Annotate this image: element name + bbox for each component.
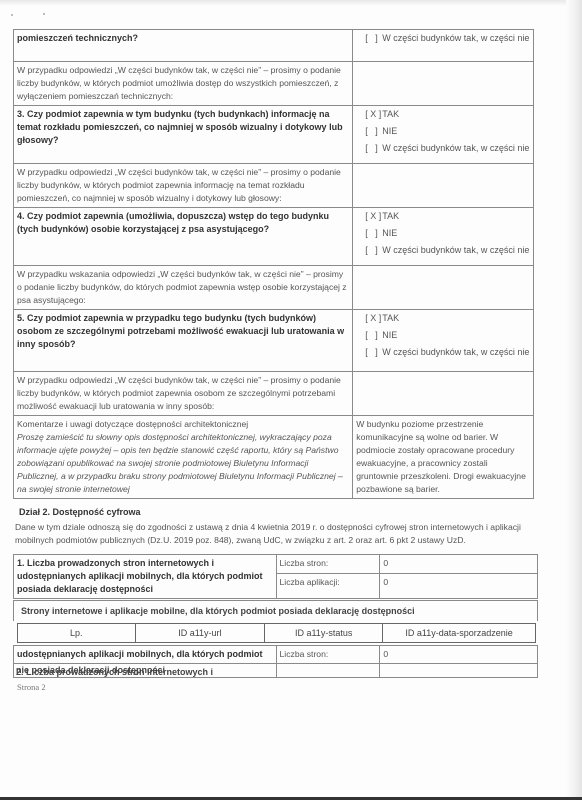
option-yes[interactable]: [ X ]TAK — [365, 210, 530, 223]
field-value[interactable]: 0 — [380, 646, 538, 664]
table-row: 4. Czy podmiot zapewnia (umożliwia, dopu… — [14, 208, 534, 266]
scan-edge — [0, 0, 582, 6]
answer-field[interactable] — [353, 266, 534, 310]
section-title: Dział 2. Dostępność cyfrowa — [19, 507, 141, 517]
scan-speck — [11, 14, 13, 16]
table-row: W przypadku odpowiedzi „W części budynkó… — [14, 164, 534, 208]
column-header: ID a11y-status — [265, 624, 383, 643]
declarations-table: Lp. ID a11y-url ID a11y-status ID a11y-d… — [17, 623, 536, 643]
comments-cell: Komentarze i uwagi dotyczące dostępności… — [14, 416, 353, 499]
table-row: W przypadku odpowiedzi „W części budynkó… — [14, 372, 534, 416]
table-row: pomieszczeń technicznych? [ ]W części bu… — [14, 30, 534, 62]
answer-field[interactable] — [353, 164, 534, 208]
option-partial[interactable]: [ ]W części budynków tak, w części nie — [365, 32, 530, 45]
answer-options: [ X ]TAK [ ]NIE [ ]W części budynków tak… — [353, 106, 534, 164]
checkbox[interactable]: [ ] — [365, 32, 382, 45]
question-text: udostępnianych aplikacji mobilnych, dla … — [14, 646, 277, 664]
table-row: 5. Czy podmiot zapewnia w przypadku tego… — [14, 310, 534, 372]
option-no[interactable]: [ ]NIE — [365, 125, 530, 138]
field-value[interactable]: 0 — [380, 555, 538, 574]
checkbox[interactable]: [ ] — [365, 142, 382, 155]
option-no[interactable]: [ ]NIE — [365, 227, 530, 240]
answer-field[interactable] — [353, 62, 534, 106]
answer-options: [ X ]TAK [ ]NIE [ ]W części budynków tak… — [353, 208, 534, 266]
field-label: Liczba stron: — [276, 646, 380, 664]
field-value[interactable]: 0 — [380, 573, 538, 598]
architectural-accessibility-table: pomieszczeń technicznych? [ ]W części bu… — [13, 29, 534, 499]
section-description: Dane w tym dziale odnoszą się do zgodnoś… — [15, 521, 560, 547]
note-text: W przypadku odpowiedzi „W części budynkó… — [14, 164, 353, 208]
column-header: ID a11y-data-sporzadzenie — [383, 624, 536, 643]
declarations-subheading: Strony internetowe i aplikacje mobilne, … — [13, 600, 538, 621]
column-header: Lp. — [18, 624, 136, 643]
scan-speck — [43, 13, 45, 15]
field-label: Liczba stron: — [276, 555, 380, 574]
checkbox[interactable]: [ X ] — [365, 108, 382, 121]
table-row: Komentarze i uwagi dotyczące dostępności… — [14, 416, 534, 499]
checkbox[interactable]: [ X ] — [365, 312, 382, 325]
option-partial[interactable]: [ ]W części budynków tak, w części nie — [365, 244, 530, 257]
answer-options: [ X ]TAK [ ]NIE [ ]W części budynków tak… — [353, 310, 534, 372]
note-text: W przypadku odpowiedzi „W części budynkó… — [14, 372, 353, 416]
comments-title: Komentarze i uwagi dotyczące dostępności… — [17, 418, 349, 431]
note-text: W przypadku odpowiedzi „W części budynkó… — [14, 62, 353, 106]
table-row: 3. Czy podmiot zapewnia w tym budynku (t… — [14, 106, 534, 164]
question-text: pomieszczeń technicznych? — [14, 30, 353, 62]
table-row: W przypadku odpowiedzi „W części budynkó… — [14, 62, 534, 106]
option-yes[interactable]: [ X ]TAK — [365, 312, 530, 325]
table-row: W przypadku wskazania odpowiedzi „W częś… — [14, 266, 534, 310]
question-text: 1. Liczba prowadzonych stron internetowy… — [14, 555, 277, 599]
digital-accessibility-q1-table: 1. Liczba prowadzonych stron internetowy… — [13, 554, 538, 599]
checkbox[interactable]: [ ] — [365, 346, 382, 359]
answer-options: [ ]W części budynków tak, w części nie — [353, 30, 534, 62]
question-text: 4. Czy podmiot zapewnia (umożliwia, dopu… — [14, 208, 353, 266]
note-text: W przypadku wskazania odpowiedzi „W częś… — [14, 266, 353, 310]
option-partial[interactable]: [ ]W części budynków tak, w części nie — [365, 346, 530, 359]
field-label: Liczba aplikacji: — [276, 573, 380, 598]
option-partial[interactable]: [ ]W części budynków tak, w części nie — [365, 142, 530, 155]
table-header-row: Lp. ID a11y-url ID a11y-status ID a11y-d… — [18, 624, 536, 643]
field-value[interactable] — [380, 664, 538, 678]
checkbox[interactable]: [ X ] — [365, 210, 382, 223]
checkbox[interactable]: [ ] — [365, 227, 382, 240]
checkbox[interactable]: [ ] — [365, 244, 382, 257]
checkbox[interactable]: [ ] — [365, 125, 382, 138]
comments-answer[interactable]: W budynku poziome przestrzenie komunikac… — [353, 416, 534, 499]
option-yes[interactable]: [ X ]TAK — [365, 108, 530, 121]
answer-field[interactable] — [353, 372, 534, 416]
table-row: 1. Liczba prowadzonych stron internetowy… — [14, 555, 538, 574]
table-row: udostępnianych aplikacji mobilnych, dla … — [14, 646, 538, 664]
checkbox[interactable]: [ ] — [365, 329, 382, 342]
field-label — [276, 664, 380, 678]
column-header: ID a11y-url — [135, 624, 265, 643]
scan-edge — [566, 0, 582, 800]
question-text: 5. Czy podmiot zapewnia w przypadku tego… — [14, 310, 353, 372]
comments-instructions: Proszę zamieścić tu słowny opis dostępno… — [17, 431, 349, 496]
question-text: 3. Czy podmiot zapewnia w tym budynku (t… — [14, 106, 353, 164]
page-number: Strona 2 — [17, 682, 46, 692]
option-no[interactable]: [ ]NIE — [365, 329, 530, 342]
